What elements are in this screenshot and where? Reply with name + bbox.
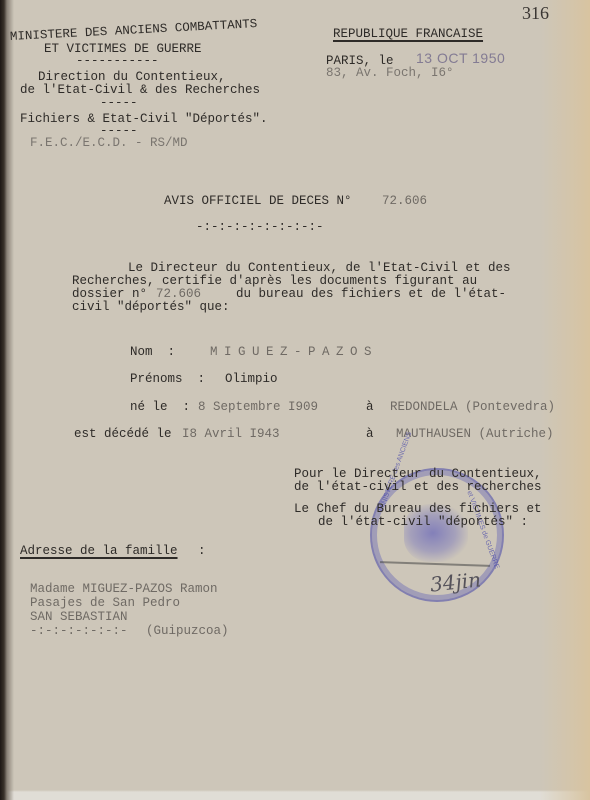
address-line-1: Madame MIGUEZ-PAZOS Ramon	[30, 582, 218, 596]
signature-line-4: de l'état-civil "déportés" :	[318, 515, 528, 529]
title-label: AVIS OFFICIEL DE DECES N°	[164, 194, 352, 208]
nom-value: MIGUEZ-PAZOS	[210, 345, 378, 359]
separator: -----------	[76, 54, 159, 68]
birth-date: 8 Septembre I909	[198, 400, 318, 414]
direction-line-1: Direction du Contentieux,	[38, 70, 226, 84]
dossier-number: 72.606	[156, 287, 201, 301]
signature-line-3: Le Chef du Bureau des fichiers et	[294, 502, 542, 516]
separator: -----	[100, 96, 138, 110]
title-ornament: -:-:-:-:-:-:-:-:-	[196, 220, 324, 234]
death-place: MAUTHAUSEN (Autriche)	[396, 427, 554, 441]
republic-title: REPUBLIQUE FRANCAISE	[333, 27, 483, 41]
body-line-4: civil "déportés" que:	[72, 300, 230, 314]
death-date: I8 Avril I943	[182, 427, 280, 441]
death-label: est décédé le	[74, 427, 172, 441]
body-line-3-prefix: dossier n°	[72, 287, 147, 301]
address-line-3: SAN SEBASTIAN	[30, 610, 128, 624]
address-region: (Guipuzcoa)	[146, 624, 229, 638]
birth-at: à	[366, 400, 374, 414]
body-line-3-suffix: du bureau des fichiers et de l'état-	[236, 287, 506, 301]
body-line-1: Le Directeur du Contentieux, de l'Etat-C…	[128, 261, 511, 275]
signature-line-2: de l'état-civil et des recherches	[294, 480, 542, 494]
family-address-colon: :	[198, 544, 206, 558]
page-number: 316	[522, 6, 549, 20]
certificate-number: 72.606	[382, 194, 427, 208]
prenoms-label: Prénoms :	[130, 372, 205, 386]
signature-line-1: Pour le Directeur du Contentieux,	[294, 467, 542, 481]
date-stamp: 13 OCT 1950	[416, 51, 505, 65]
family-address-label: Adresse de la famille	[20, 544, 178, 558]
address-ornament: -:-:-:-:-:-:-	[30, 624, 128, 638]
reference-code: F.E.C./E.C.D. - RS/MD	[30, 136, 188, 150]
address-line: 83, Av. Foch, I6°	[326, 66, 454, 80]
body-line-2: Recherches, certifie d'après les documen…	[72, 274, 477, 288]
nom-label: Nom :	[130, 345, 175, 359]
prenoms-value: Olimpio	[225, 372, 278, 386]
address-line-2: Pasajes de San Pedro	[30, 596, 180, 610]
birth-label: né le :	[130, 400, 190, 414]
direction-line-2: de l'Etat-Civil & des Recherches	[20, 83, 260, 97]
service-line: Fichiers & Etat-Civil "Déportés".	[20, 112, 268, 126]
death-at: à	[366, 427, 374, 441]
birth-place: REDONDELA (Pontevedra)	[390, 400, 555, 414]
